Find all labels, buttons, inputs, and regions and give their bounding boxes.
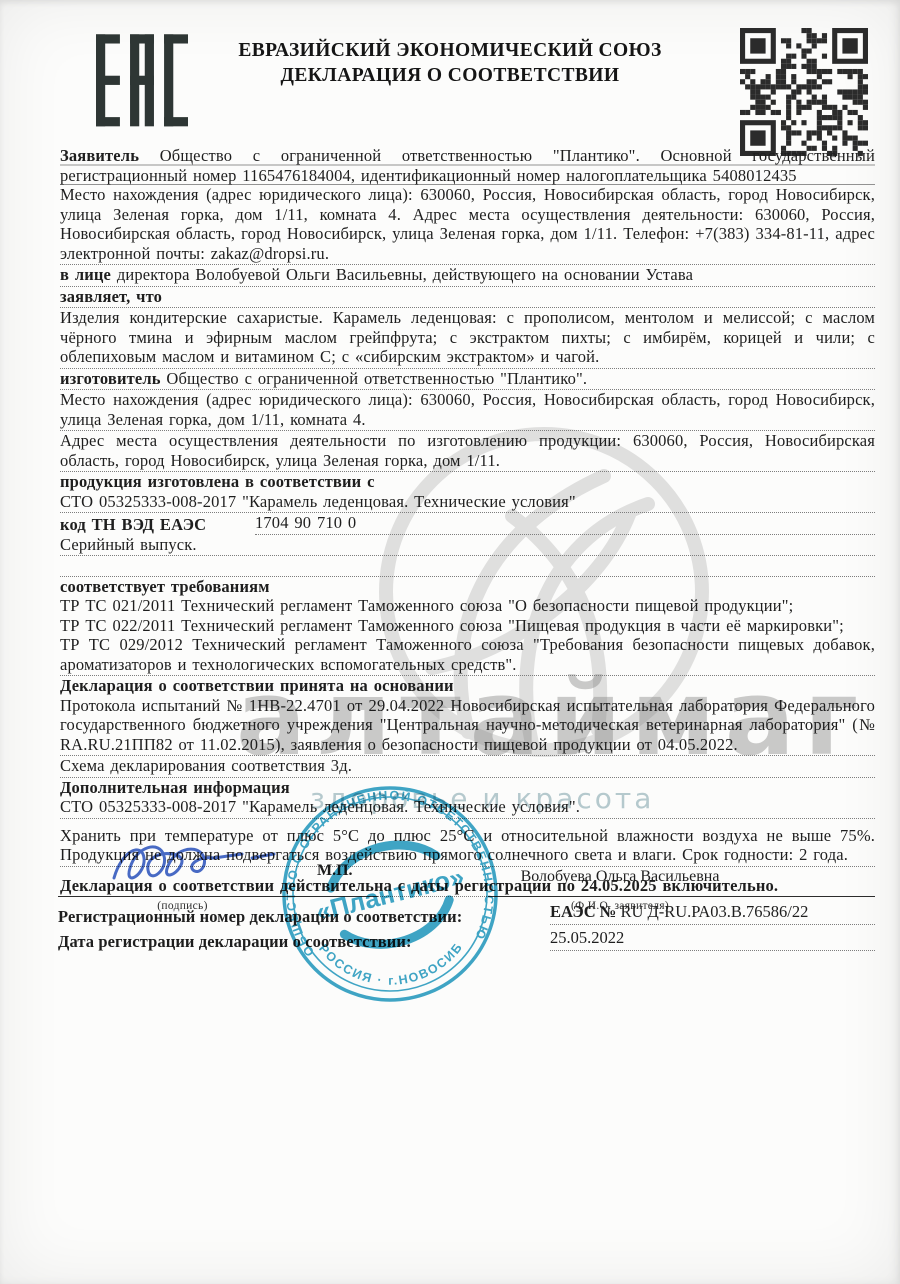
meets-requirements-label: соответствует требованиям bbox=[60, 577, 875, 597]
qr-code bbox=[740, 28, 868, 156]
manufacturer-label: изготовитель bbox=[60, 369, 161, 388]
in-person-text: директора Волобуевой Ольги Васильевны, д… bbox=[117, 265, 693, 284]
applicant-text: Общество с ограниченной ответственностью… bbox=[60, 146, 875, 185]
manufacturer-address: Место нахождения (адрес юридического лиц… bbox=[60, 390, 875, 431]
made-accordance-label: продукция изготовлена в соответствии с bbox=[60, 472, 875, 492]
reg-number-prefix: ЕАЭС № bbox=[550, 902, 616, 921]
name-line bbox=[488, 896, 875, 897]
tnved-row: код ТН ВЭД ЕАЭС 1704 90 710 0 bbox=[60, 513, 875, 535]
tnved-label: код ТН ВЭД ЕАЭС bbox=[60, 515, 255, 535]
svg-text:ОБЩЕСТВО С ОГРАНИЧЕННОЙ ОТВЕТС: ОБЩЕСТВО С ОГРАНИЧЕННОЙ ОТВЕТСТВЕННОСТЬЮ bbox=[284, 788, 496, 959]
declares-label: заявляет, что bbox=[60, 287, 875, 309]
company-stamp: ОБЩЕСТВО С ОГРАНИЧЕННОЙ ОТВЕТСТВЕННОСТЬЮ… bbox=[272, 776, 508, 1012]
basis-text: Протокола испытаний № 1НВ-22.4701 от 29.… bbox=[60, 696, 875, 757]
applicant-label: Заявитель bbox=[60, 146, 139, 165]
declaration-document: алтаймаг здоровье и красота ЕВРАЗИЙСКИЙ … bbox=[0, 0, 900, 1284]
scheme-text: Схема декларирования соответствия 3д. bbox=[60, 756, 875, 778]
sto-standard: СТО 05325333-008-2017 "Карамель леденцов… bbox=[60, 492, 875, 514]
signatory-name: Волобуева Ольга Васильевна bbox=[480, 868, 760, 886]
tr-ts-029: ТР ТС 029/2012 Технический регламент Там… bbox=[60, 635, 875, 674]
product-description: Изделия кондитерские сахаристые. Карамел… bbox=[60, 308, 875, 369]
tr-ts-022: ТР ТС 022/2011 Технический регламент Там… bbox=[60, 616, 875, 636]
stamp-ring-text: ОБЩЕСТВО С ОГРАНИЧЕННОЙ ОТВЕТСТВЕННОСТЬЮ bbox=[284, 788, 496, 959]
reg-number-value: ЕАЭС № RU Д-RU.РА03.В.76586/22 bbox=[550, 902, 875, 925]
manufacturer-text: Общество с ограниченной ответственностью… bbox=[166, 369, 587, 388]
manufacturer-block: изготовитель Общество с ограниченной отв… bbox=[60, 369, 875, 391]
applicant-address: Место нахождения (адрес юридического лиц… bbox=[60, 185, 875, 265]
applicant-block: Заявитель Общество с ограниченной ответс… bbox=[60, 146, 875, 185]
tnved-value: 1704 90 710 0 bbox=[255, 513, 875, 535]
tr-ts-021: ТР ТС 021/2011 Технический регламент Там… bbox=[60, 596, 875, 616]
document-title: ЕВРАЗИЙСКИЙ ЭКОНОМИЧЕСКИЙ СОЮЗ ДЕКЛАРАЦИ… bbox=[190, 38, 710, 88]
reg-date-value: 25.05.2022 bbox=[550, 928, 875, 951]
reg-number-text: RU Д-RU.РА03.В.76586/22 bbox=[616, 902, 808, 921]
title-line-1: ЕВРАЗИЙСКИЙ ЭКОНОМИЧЕСКИЙ СОЮЗ bbox=[190, 38, 710, 63]
serial-issue: Серийный выпуск. bbox=[60, 535, 875, 557]
title-line-2: ДЕКЛАРАЦИЯ О СООТВЕТСТВИИ bbox=[190, 63, 710, 88]
empty-ruled-line bbox=[60, 556, 875, 577]
in-person-block: в лице директора Волобуевой Ольги Василь… bbox=[60, 265, 875, 287]
basis-label: Декларация о соответствии принята на осн… bbox=[60, 676, 875, 696]
technical-regulations: ТР ТС 021/2011 Технический регламент Там… bbox=[60, 596, 875, 676]
eac-mark-icon bbox=[96, 34, 188, 134]
manufacturer-activity-address: Адрес места осуществления деятельности п… bbox=[60, 431, 875, 472]
in-person-label: в лице bbox=[60, 265, 111, 284]
